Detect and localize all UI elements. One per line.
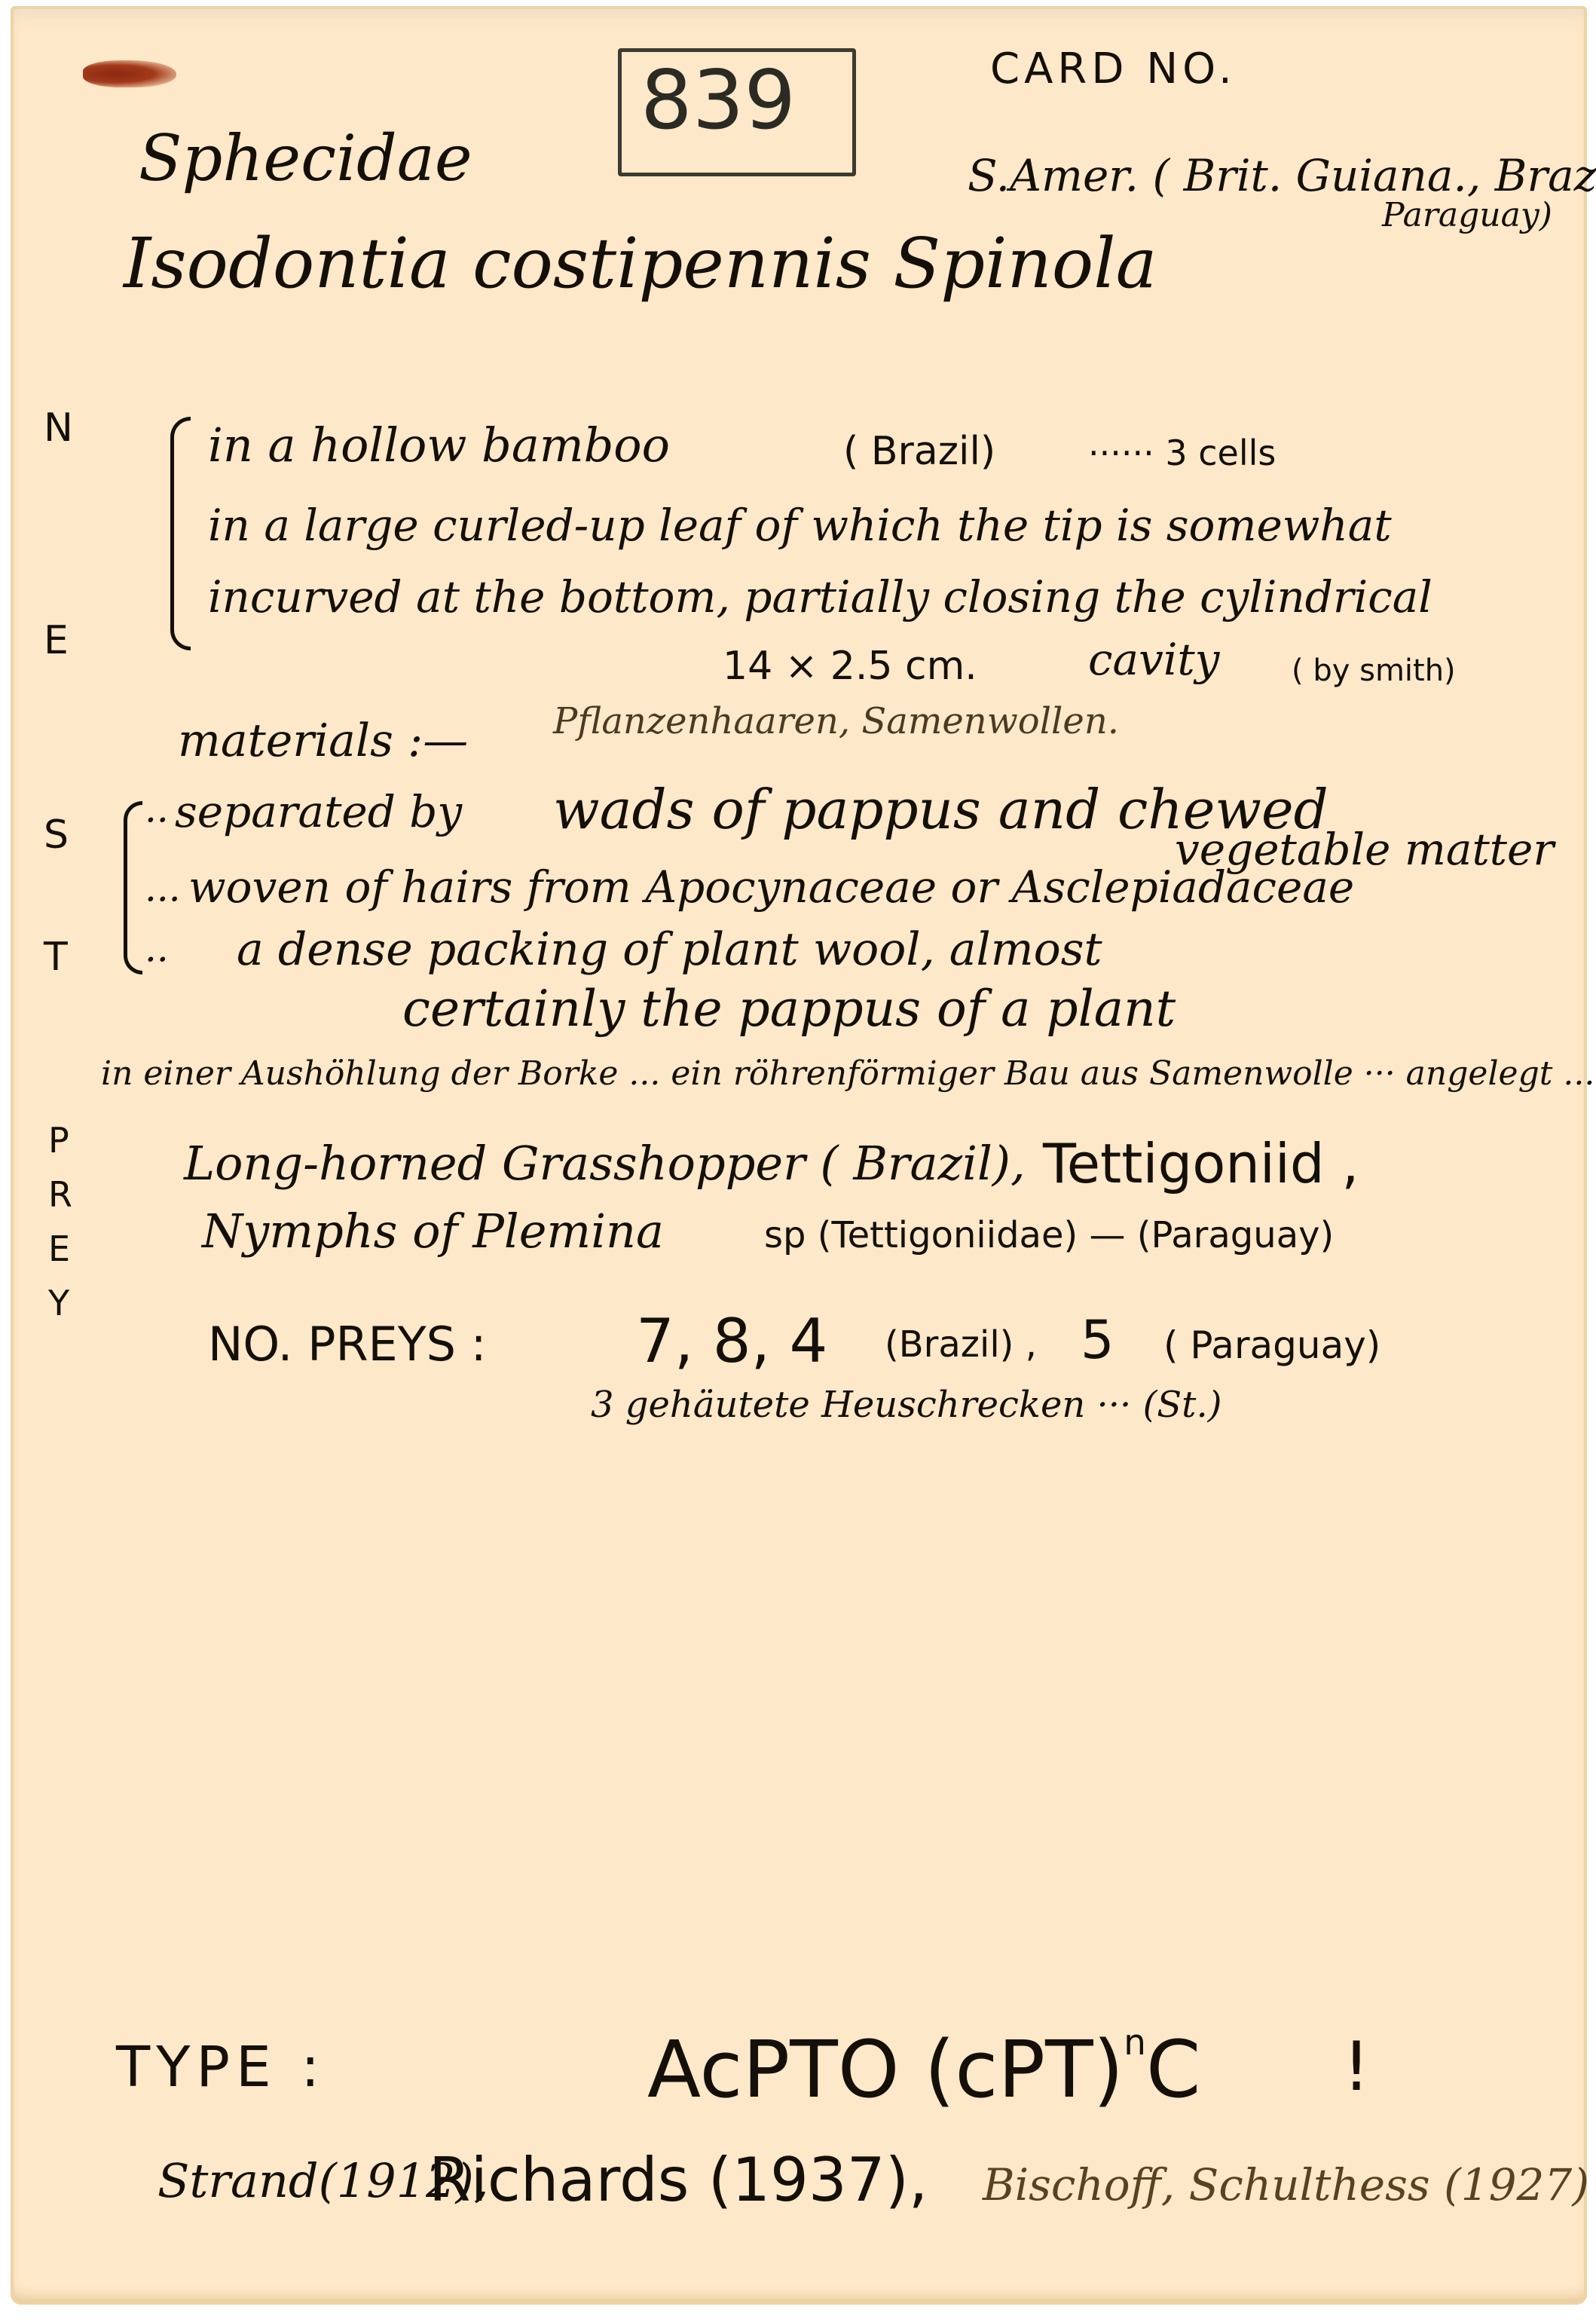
material-3-text-a: a dense packing of plant wool, almost <box>237 927 1102 972</box>
card-no-label: CARD NO. <box>990 48 1237 90</box>
nest-site-1-locality: ( Brazil) <box>843 432 995 471</box>
side-letter-p: P <box>48 1120 69 1161</box>
species-name: Isodontia costipennis Spinola <box>124 229 1157 298</box>
prey-line-2a: Nymphs of Plemina <box>202 1208 664 1255</box>
nest-cavity-word: cavity <box>1088 638 1219 681</box>
type-formula-tail: C <box>1146 2024 1201 2115</box>
card-number: 839 <box>641 60 796 142</box>
type-exclamation: ! <box>1343 2033 1370 2101</box>
nest-sites-brace <box>170 417 191 650</box>
prey-count-value-2: 5 <box>1081 1314 1114 1366</box>
material-3-text-b: certainly the pappus of a plant <box>402 984 1176 1034</box>
materials-german: Pflanzenhaaren, Samenwollen. <box>553 703 1119 739</box>
materials-label: materials :— <box>178 718 468 763</box>
material-2-text: woven of hairs from Apocynaceae or Ascle… <box>188 865 1354 909</box>
nest-source: ( by smith) <box>1292 656 1456 686</box>
side-letter-e: E <box>44 618 69 663</box>
side-letter-r: R <box>48 1174 72 1215</box>
side-letter-t: T <box>44 935 68 980</box>
reference-richards: Richards (1937), <box>429 2150 928 2210</box>
material-3-prefix: ·· <box>145 941 169 978</box>
nest-site-1-cells: ······ 3 cells <box>1088 436 1276 470</box>
side-letter-s: S <box>44 812 69 858</box>
materials-brace <box>124 801 142 974</box>
family-name: Sphecidae <box>139 127 472 190</box>
nest-site-1: in a hollow bamboo <box>208 422 670 469</box>
nest-site-2: in a large curled-up leaf of which the t… <box>208 503 1392 547</box>
prey-line-2b: sp (Tettigoniidae) — (Paraguay) <box>764 1217 1334 1253</box>
material-1-prefix: ·· <box>145 801 169 839</box>
type-label: TYPE : <box>116 2039 326 2095</box>
nest-german-note: in einer Aushöhlung der Borke ... ein rö… <box>101 1057 1594 1091</box>
distribution-line-2: Paraguay) <box>1382 199 1552 232</box>
material-2-prefix: ··· <box>145 880 181 918</box>
side-letter-e2: E <box>48 1228 70 1269</box>
type-formula: AcPTO (cPT)nC <box>647 2026 1201 2109</box>
nest-dimensions: 14 × 2.5 cm. <box>723 647 977 686</box>
prey-count-values: 7, 8, 4 <box>636 1311 827 1372</box>
stain-mark <box>83 60 176 87</box>
side-letter-n: N <box>44 405 73 451</box>
prey-line-1a: Long-horned Grasshopper ( Brazil), <box>184 1140 1026 1187</box>
side-letter-y: Y <box>48 1283 69 1323</box>
prey-german-note: 3 gehäutete Heuschrecken ··· (St.) <box>591 1387 1221 1423</box>
prey-count-loc-1: (Brazil) , <box>885 1326 1037 1363</box>
material-1-text-a: separated by <box>175 790 462 834</box>
index-card: 839 CARD NO. Sphecidae S.Amer. ( Brit. G… <box>11 6 1587 2305</box>
prey-count-label: NO. PREYS : <box>208 1321 487 1368</box>
reference-bischoff-schulthess: Bischoff, Schulthess (1927) <box>983 2163 1589 2207</box>
prey-count-loc-2: ( Paraguay) <box>1163 1326 1380 1364</box>
distribution-line-1: S.Amer. ( Brit. Guiana., Brazil , <box>968 154 1596 197</box>
prey-line-1b: Tettigoniid , <box>1043 1137 1359 1191</box>
type-formula-exponent: n <box>1124 2023 1146 2063</box>
type-formula-main: AcPTO (cPT) <box>647 2024 1124 2115</box>
nest-site-3: incurved at the bottom, partially closin… <box>208 575 1432 619</box>
